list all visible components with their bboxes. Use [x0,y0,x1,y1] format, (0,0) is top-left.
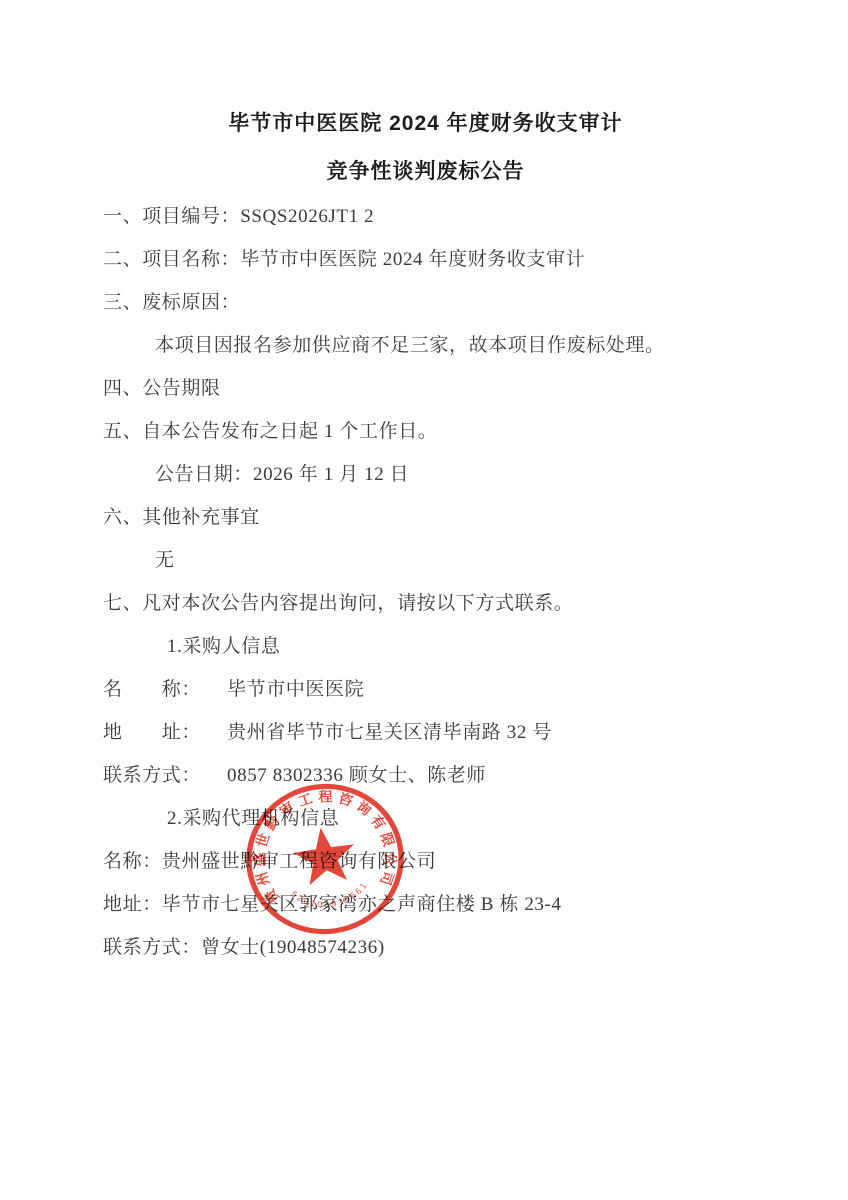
purchaser-name-value: 毕节市中医医院 [227,679,364,700]
purchaser-address-value: 贵州省毕节市七星关区清毕南路 32 号 [227,722,552,743]
line-agency-name: 名称：贵州盛世黔审工程咨询有限公司 [103,850,748,873]
line-period-body: 五、自本公告发布之日起 1 个工作日。 [103,420,748,443]
line-purchaser-heading: 1.采购人信息 [103,635,748,658]
official-seal-graphic: 贵州盛世黔审工程咨询有限公司 5201039105616 [232,769,418,949]
purchaser-tel-label: 联系方式： [103,764,227,787]
line-agency-heading: 2.采购代理机构信息 [103,807,748,830]
line-period-heading: 四、公告期限 [103,377,748,400]
line-purchaser-name: 名 称：毕节市中医医院 [103,678,748,701]
line-purchaser-tel: 联系方式：0857 8302336 顾女士、陈老师 [103,764,748,787]
document-content: 毕节市中医医院 2024 年度财务收支审计 竞争性谈判废标公告 一、项目编号：S… [0,0,848,959]
purchaser-name-label: 名 称： [103,678,227,701]
line-agency-address: 地址：毕节市七星关区郭家湾亦之声商住楼 B 栋 23-4 [103,893,748,916]
line-contact-heading: 七、凡对本次公告内容提出询问，请按以下方式联系。 [103,592,748,615]
line-announce-date: 公告日期：2026 年 1 月 12 日 [103,463,748,486]
purchaser-address-label: 地 址： [103,721,227,744]
line-other-body: 无 [103,549,748,572]
official-seal: 贵州盛世黔审工程咨询有限公司 5201039105616 [232,769,418,949]
line-purchaser-address: 地 址：贵州省毕节市七星关区清毕南路 32 号 [103,721,748,744]
line-reason-heading: 三、废标原因： [103,291,748,314]
line-project-name: 二、项目名称：毕节市中医医院 2024 年度财务收支审计 [103,248,748,271]
document-title-line1: 毕节市中医医院 2024 年度财务收支审计 [103,112,748,136]
line-project-number: 一、项目编号：SSQS2026JT1 2 [103,205,748,228]
line-other-heading: 六、其他补充事宜 [103,506,748,529]
line-reason-body: 本项目因报名参加供应商不足三家，故本项目作废标处理。 [103,334,748,357]
star-icon [290,823,358,886]
document-page: 毕节市中医医院 2024 年度财务收支审计 竞争性谈判废标公告 一、项目编号：S… [0,0,848,1200]
line-agency-tel: 联系方式：曾女士(19048574236) [103,936,748,959]
document-title-line2: 竞争性谈判废标公告 [103,160,748,184]
